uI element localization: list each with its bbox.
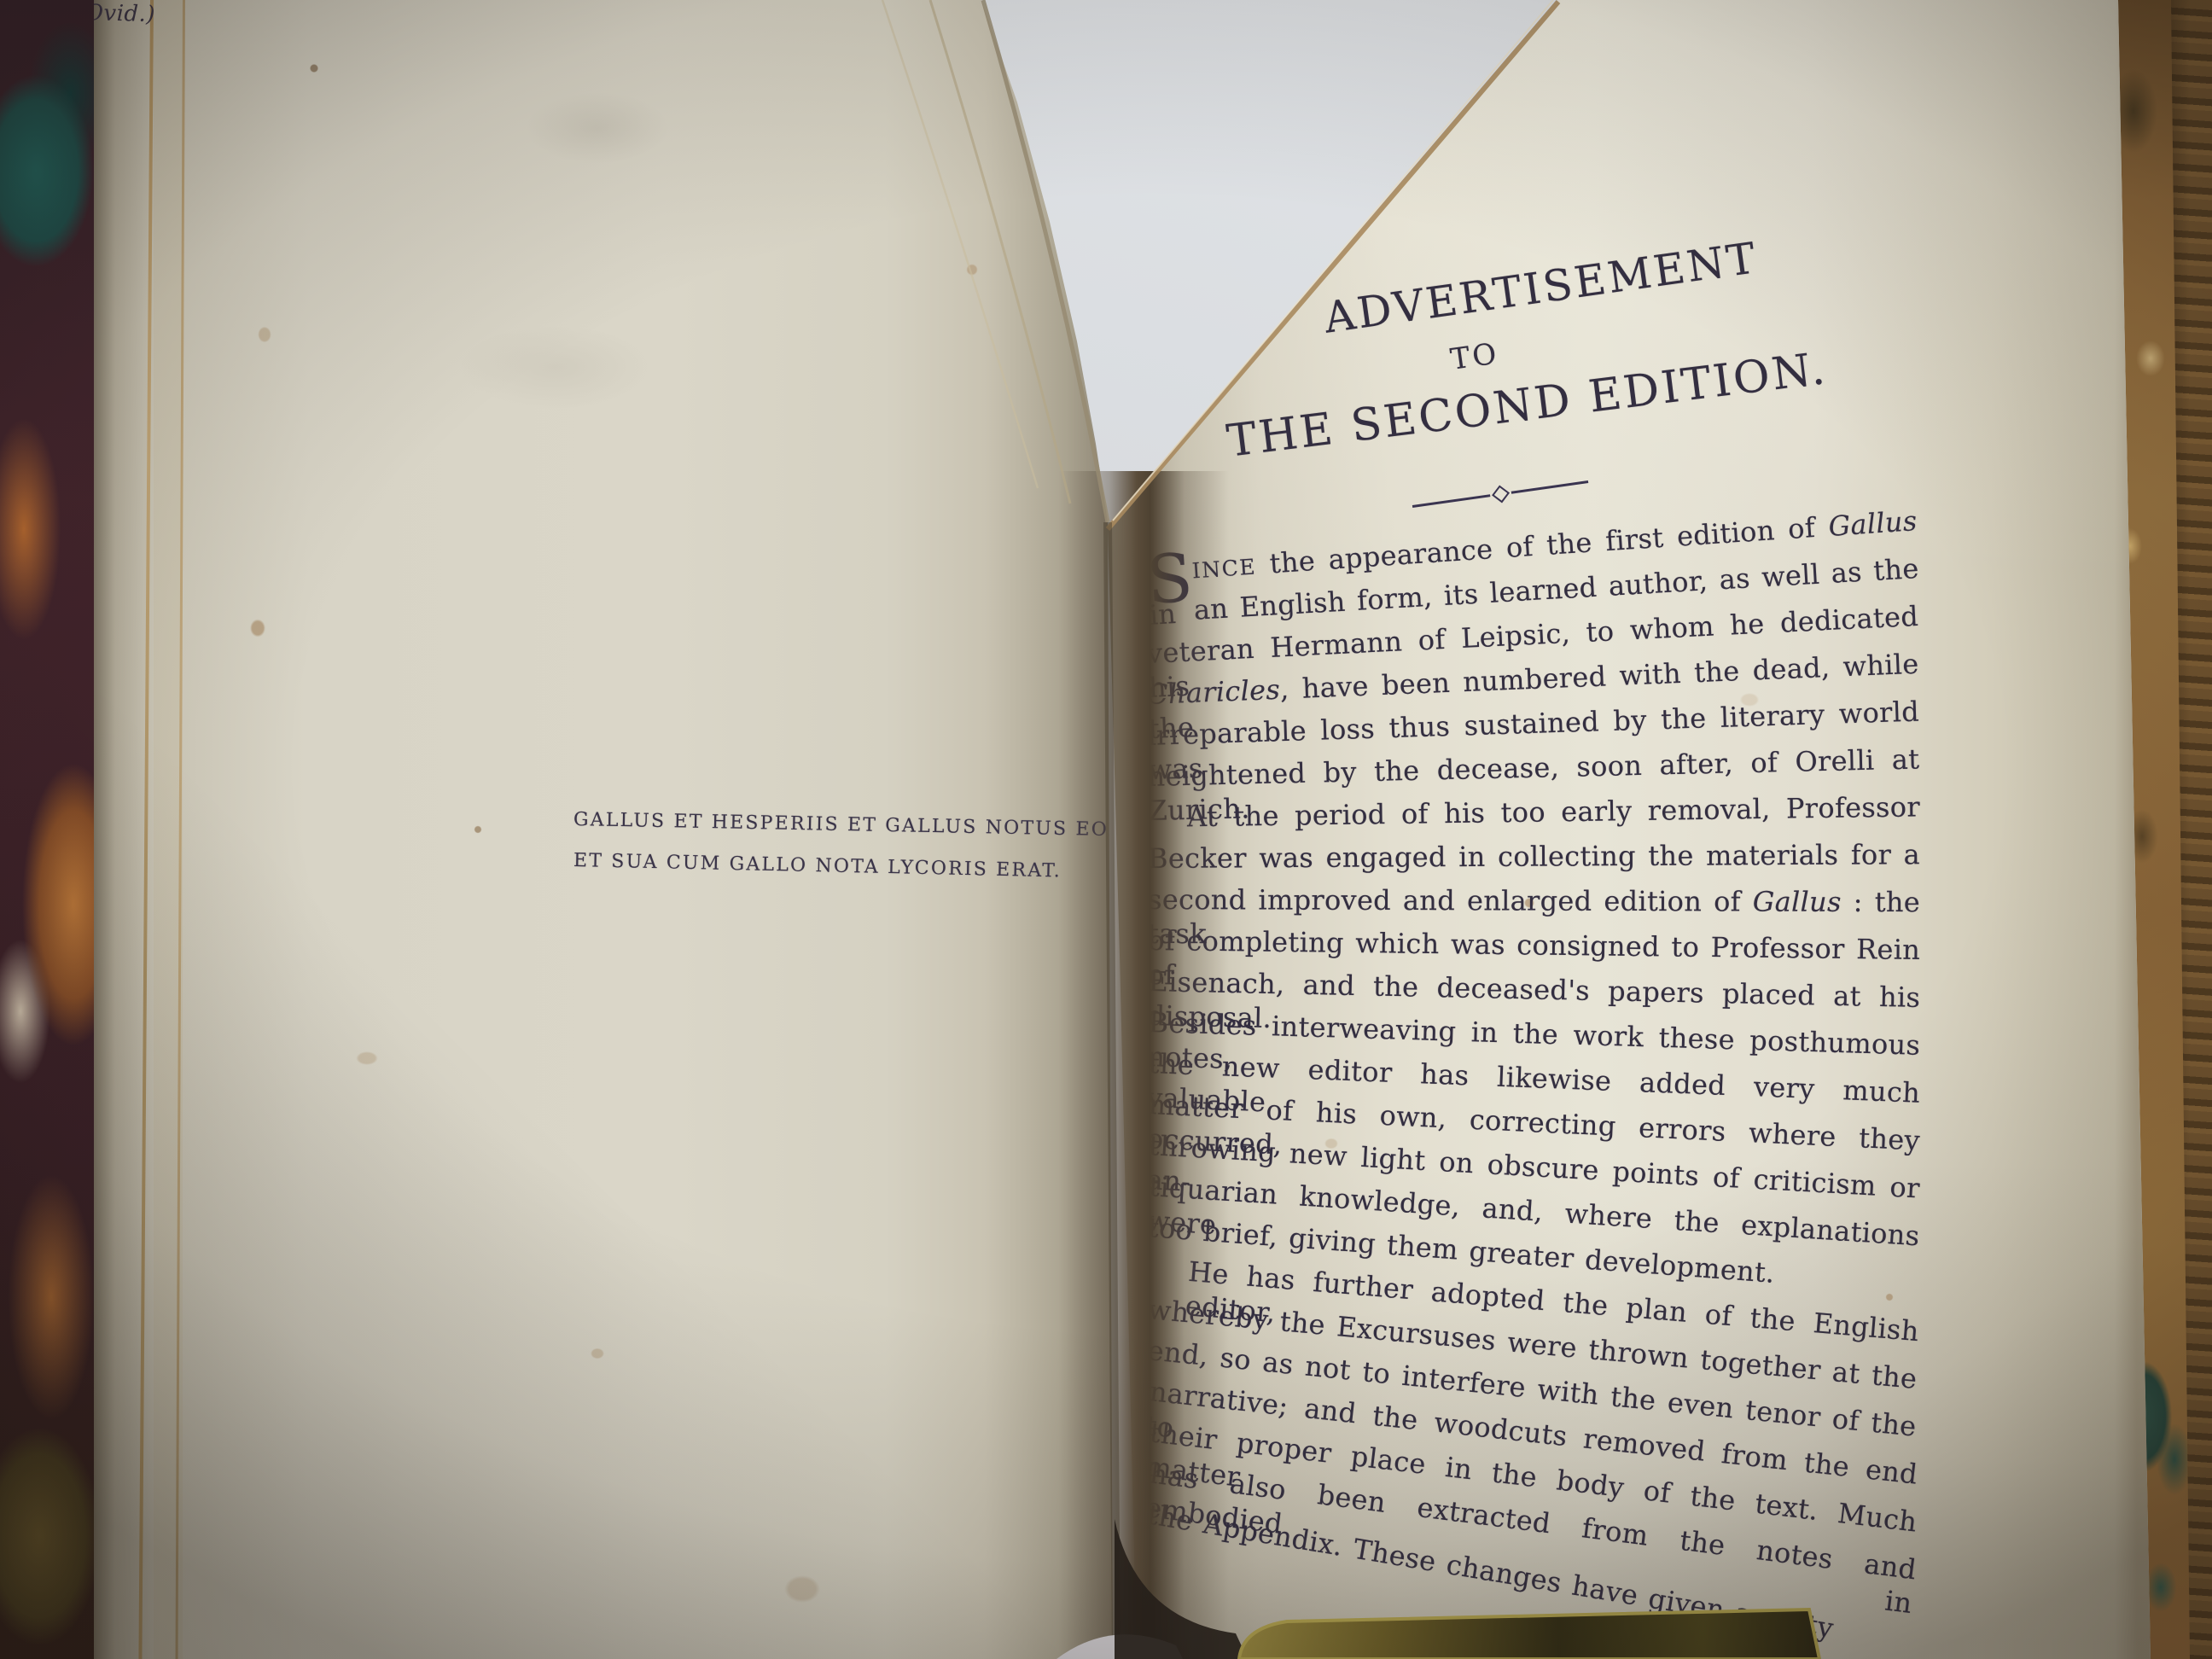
brass-clasp bbox=[1239, 1610, 1819, 1659]
book-photo: { "left_page": { "epigraph_line_1": "GAL… bbox=[0, 0, 2212, 1659]
right-page-top-edge-highlight bbox=[1113, 0, 1553, 521]
page-corner-shadow bbox=[1115, 1519, 1248, 1659]
gutter-line bbox=[1108, 522, 1116, 1659]
page-edges-overlay bbox=[0, 0, 2212, 1659]
right-page-top-edge bbox=[1108, 2, 1558, 529]
left-page-fore-edge bbox=[983, 0, 1108, 522]
page-stack-edge-line bbox=[882, 0, 1038, 488]
